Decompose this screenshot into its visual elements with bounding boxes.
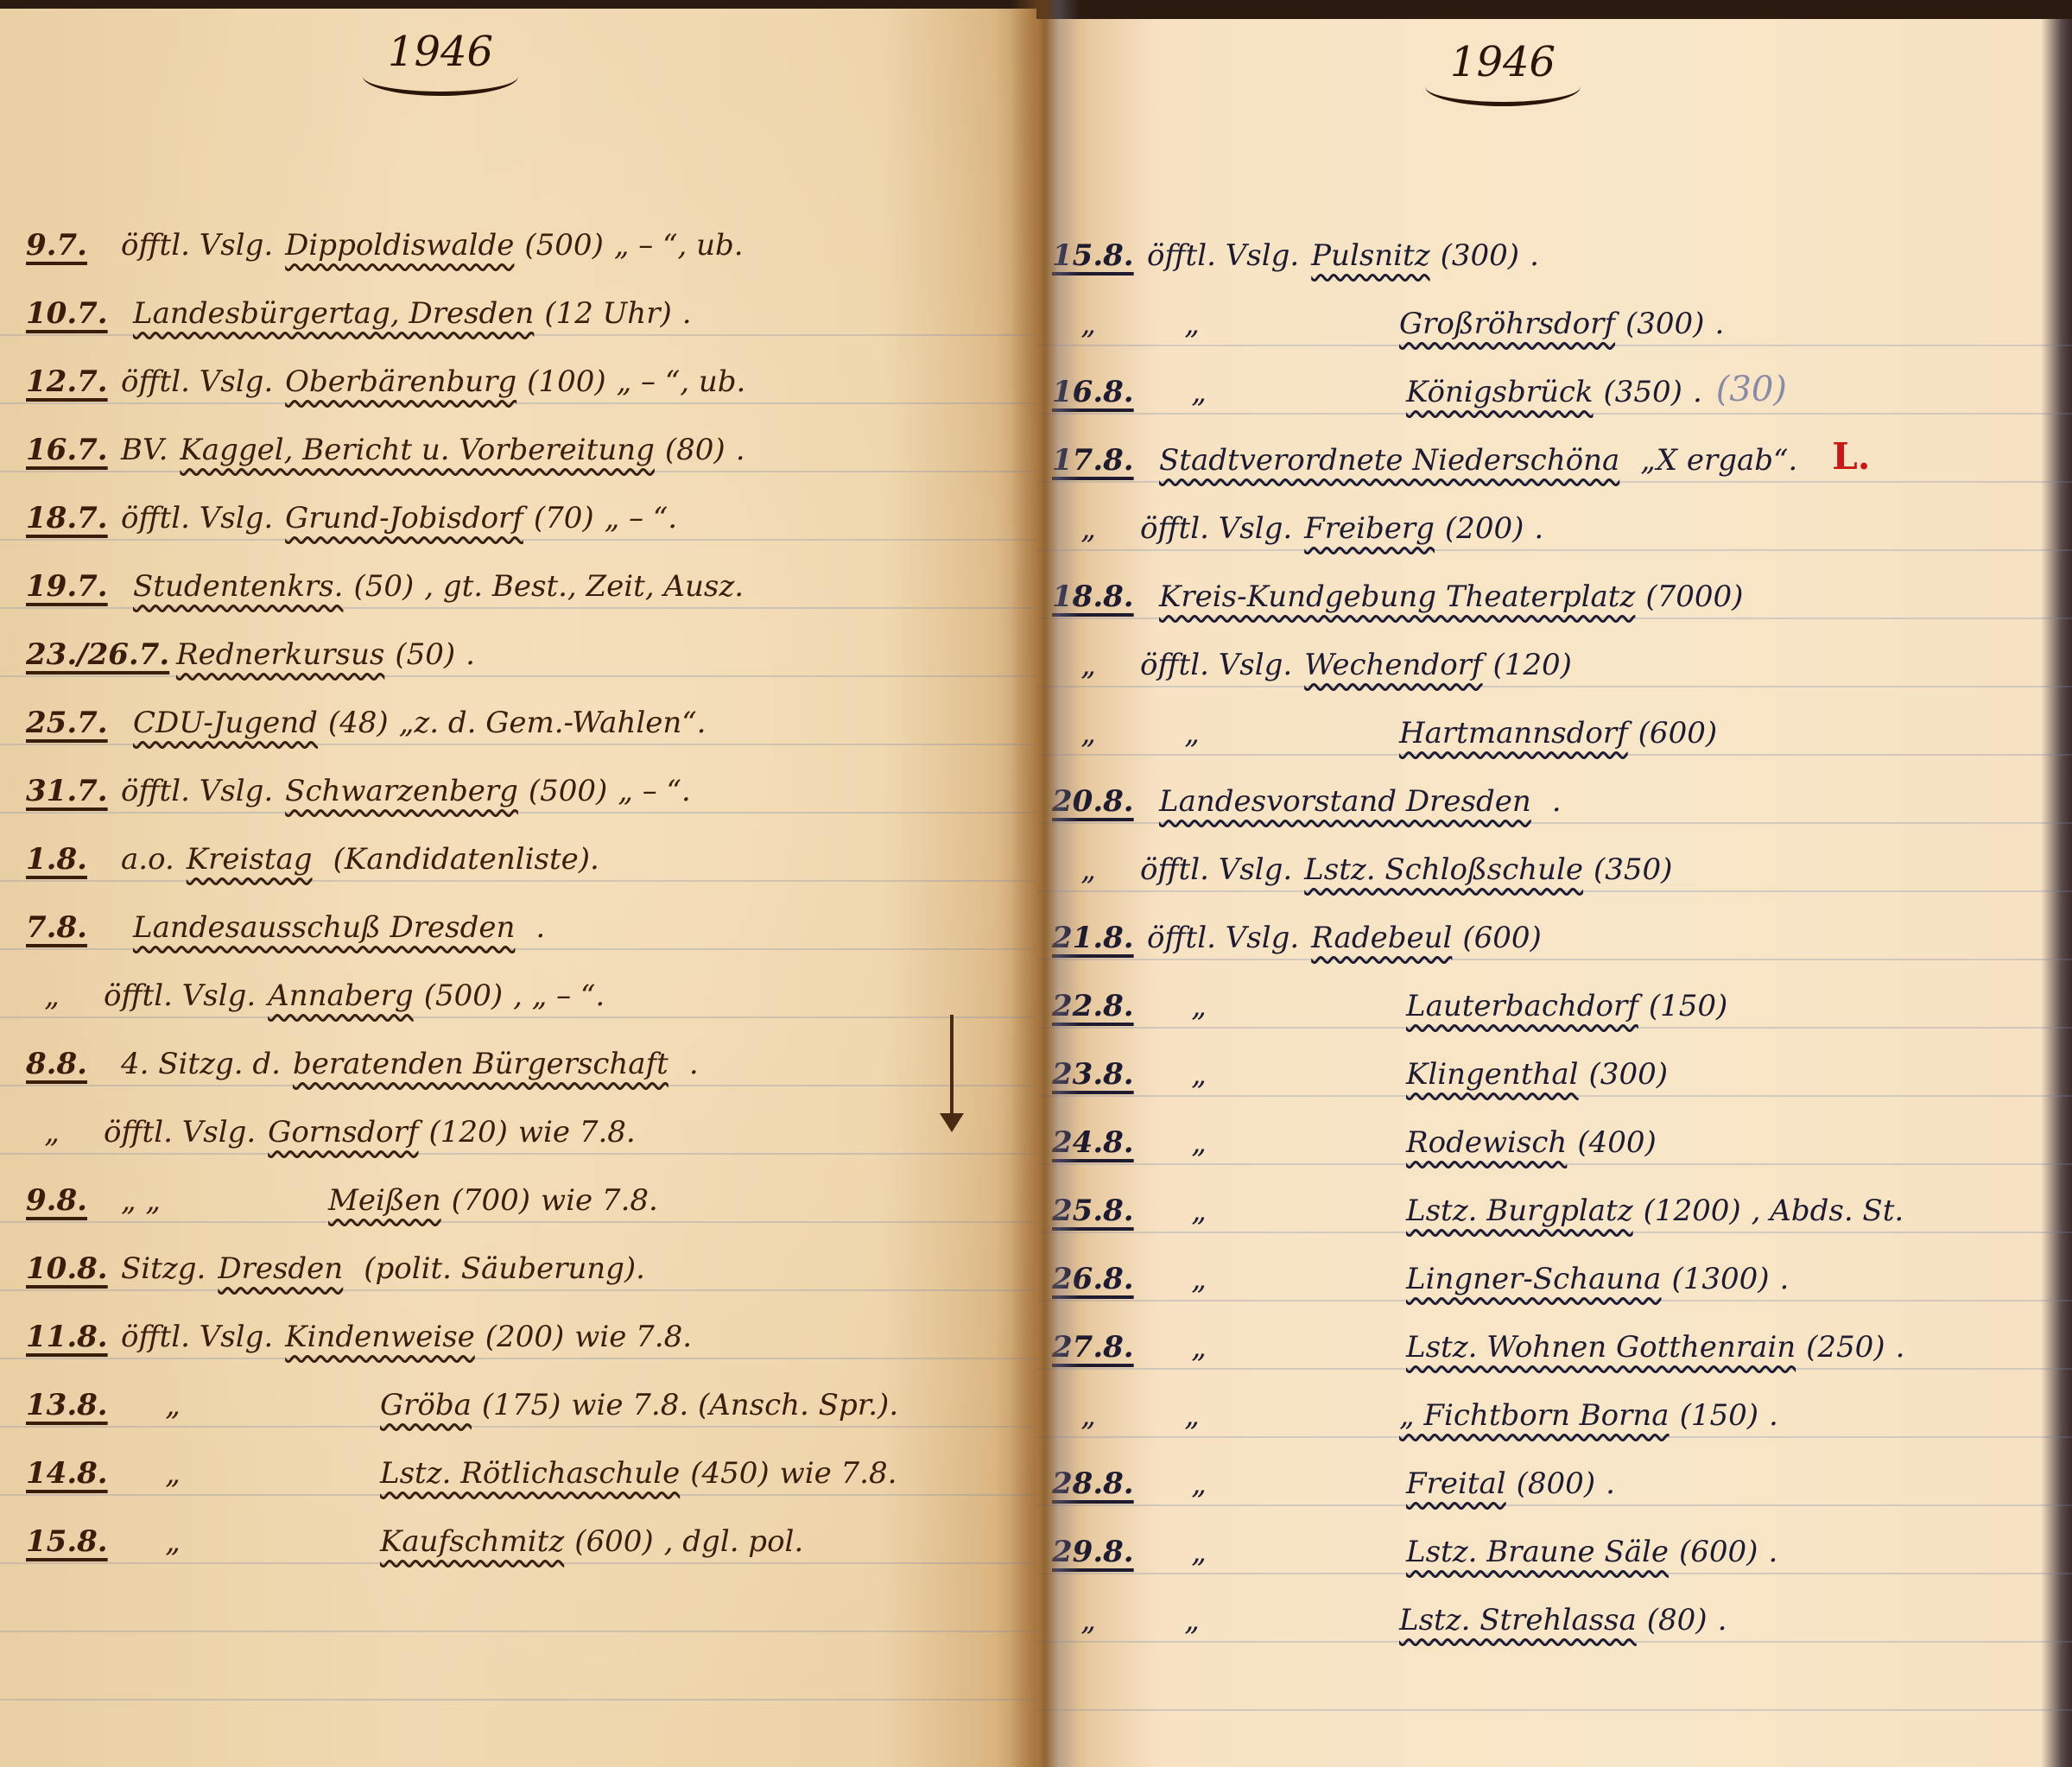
log-entry: 16.8. „ Königsbrück (350) . (30) [1036, 352, 2072, 421]
entry-kind-ditto: „ [1147, 1196, 1251, 1225]
entry-place: „ Fichtborn Borna [1399, 1401, 1670, 1430]
entry-place: Dippoldiswalde [285, 231, 514, 260]
entry-kind: öfftl. Vslg. [1140, 514, 1292, 543]
entry-attendance: (100) [527, 367, 605, 396]
entry-place: Meißen [328, 1186, 441, 1215]
entry-date: 16.8. [1052, 377, 1147, 407]
entry-attendance: (600) [1638, 719, 1717, 748]
entry-attendance: (600) [1679, 1537, 1758, 1567]
entry-note: . [1606, 1469, 1615, 1498]
log-entry: 23.8. „ Klingenthal (300) [1036, 1035, 2072, 1103]
entry-note: wie 7.8. [541, 1186, 658, 1215]
entry-attendance: (500) [524, 231, 603, 260]
entry-date: 17.8. [1052, 446, 1147, 475]
entry-kind: öfftl. Vslg. [121, 776, 273, 806]
entry-place: Radebeul [1311, 923, 1452, 953]
entry-attendance: (1200) [1644, 1196, 1741, 1225]
log-entry: 23./26.7. Rednerkursus (50) . [0, 615, 1036, 683]
entry-place: Königsbrück [1406, 377, 1594, 407]
entry-note: . [689, 1049, 699, 1079]
entry-kind: BV. [121, 435, 168, 465]
log-entry: 22.8. „ Lauterbachdorf (150) [1036, 966, 2072, 1035]
entry-date: 23.8. [1052, 1060, 1147, 1089]
down-arrow-icon [950, 1015, 954, 1127]
entry-list: 15.8. öfftl. Vslg. Pulsnitz (300) . „ „ … [1036, 216, 2072, 1649]
log-entry: 14.8. „ Lstz. Rötlichaschule (450) wie 7… [0, 1434, 1036, 1502]
entry-date: 10.7. [26, 299, 121, 328]
entry-place: Freital [1406, 1469, 1506, 1498]
log-entry: 31.7. öfftl. Vslg. Schwarzenberg (500) „… [0, 751, 1036, 820]
entry-attendance: (450) [690, 1459, 769, 1488]
entry-place: Landesausschuß Dresden [133, 913, 515, 942]
entry-date: 15.8. [26, 1527, 121, 1556]
entry-date: 9.8. [26, 1186, 121, 1215]
entry-place: Kreistag [187, 845, 313, 874]
entry-place: beratenden Bürgerschaft [293, 1049, 668, 1079]
entry-note: . [1693, 377, 1702, 407]
entry-date: 19.7. [26, 572, 121, 601]
log-entry: 28.8. „ Freital (800) . [1036, 1444, 2072, 1512]
pencil-annotation: (30) [1716, 372, 1787, 407]
entry-place: Lstz. Wohnen Gotthenrain [1406, 1333, 1796, 1362]
left-page: 1946 9.7. öfftl. Vslg. Dippoldiswalde (5… [0, 0, 1036, 1767]
log-entry: „ öfftl. Vslg. Lstz. Schloßschule (350) [1036, 830, 2072, 898]
entry-attendance: (80) [1647, 1605, 1708, 1635]
entry-kind-ditto: „ [1140, 309, 1244, 339]
entry-kind-ditto: „ [1147, 1333, 1251, 1362]
entry-kind-ditto: „ [121, 1459, 225, 1488]
entry-kind: „ „ [121, 1186, 161, 1215]
red-ink-mark: L. [1832, 439, 1870, 475]
entry-note: . [1714, 309, 1724, 339]
entry-date: 21.8. [1052, 923, 1147, 953]
entry-attendance: (50) [395, 640, 455, 669]
entry-date: 25.8. [1052, 1196, 1147, 1225]
entry-place: Hartmannsdorf [1399, 719, 1628, 748]
entry-note: wie 7.8. [574, 1322, 692, 1352]
log-entry: „ öfftl. Vslg. Annaberg (500) , „ – “. [0, 956, 1036, 1024]
entry-note: , dgl. pol. [664, 1527, 804, 1556]
entry-place: Lstz. Braune Säle [1406, 1537, 1669, 1567]
entry-date: 13.8. [26, 1390, 121, 1420]
log-entry: 21.8. öfftl. Vslg. Radebeul (600) [1036, 898, 2072, 966]
entry-kind: a.o. [121, 845, 174, 874]
log-entry: 24.8. „ Rodewisch (400) [1036, 1103, 2072, 1171]
log-entry: 10.8. Sitzg. Dresden (polit. Säuberung). [0, 1229, 1036, 1297]
entry-place: Landesbürgertag, Dresden [133, 299, 534, 328]
log-entry: 11.8. öfftl. Vslg. Kindenweise (200) wie… [0, 1297, 1036, 1365]
entry-note: . [466, 640, 475, 669]
entry-date: 27.8. [1052, 1333, 1147, 1362]
entry-note: . [1552, 787, 1562, 816]
entry-kind: 4. Sitzg. d. [121, 1049, 281, 1079]
entry-place: Schwarzenberg [285, 776, 518, 806]
entry-place: Wechendorf [1304, 650, 1482, 680]
entry-place: Landesvorstand Dresden [1159, 787, 1531, 816]
entry-kind-ditto: „ [1147, 1060, 1251, 1089]
log-entry: 25.8. „ Lstz. Burgplatz (1200) , Abds. S… [1036, 1171, 2072, 1239]
entry-date: 18.8. [1052, 582, 1147, 611]
entry-date-ditto: „ [0, 1118, 104, 1147]
log-entry: 26.8. „ Lingner-Schauna (1300) . [1036, 1239, 2072, 1308]
log-entry: 9.8. „ „ Meißen (700) wie 7.8. [0, 1161, 1036, 1229]
entry-date: 16.7. [26, 435, 121, 465]
log-entry: 18.8. Kreis-Kundgebung Theaterplatz (700… [1036, 557, 2072, 625]
log-entry: 29.8. „ Lstz. Braune Säle (600) . [1036, 1512, 2072, 1580]
entry-date-ditto: „ [1036, 855, 1140, 884]
entry-date-ditto: „ [1036, 514, 1140, 543]
entry-kind-ditto: „ [1147, 991, 1251, 1021]
log-entry: 12.7. öfftl. Vslg. Oberbärenburg (100) „… [0, 342, 1036, 410]
entry-kind: öfftl. Vslg. [1140, 650, 1292, 680]
entry-date: 29.8. [1052, 1537, 1147, 1567]
entry-place: Rodewisch [1406, 1128, 1567, 1157]
entry-note: „ – “, ub. [617, 367, 746, 396]
page-year-heading: 1946 [345, 28, 535, 76]
entry-place: Dresden [218, 1254, 343, 1283]
entry-date-ditto: „ [1036, 1605, 1140, 1635]
entry-kind: öfftl. Vslg. [121, 1322, 273, 1352]
entry-kind-ditto: „ [1147, 1128, 1251, 1157]
log-entry: 27.8. „ Lstz. Wohnen Gotthenrain (250) . [1036, 1308, 2072, 1376]
entry-note: , „ – “. [513, 981, 605, 1010]
entry-date: 22.8. [1052, 991, 1147, 1021]
entry-kind-ditto: „ [1147, 377, 1251, 407]
entry-attendance: (120) [428, 1118, 507, 1147]
entry-attendance: (700) [452, 1186, 530, 1215]
entry-place: Lstz. Strehlassa [1399, 1605, 1637, 1635]
entry-attendance: (500) [424, 981, 503, 1010]
entry-kind: öfftl. Vslg. [104, 981, 256, 1010]
entry-attendance: (50) [353, 572, 414, 601]
entry-note: , gt. Best., Zeit, Ausz. [424, 572, 744, 601]
entry-date: 8.8. [26, 1049, 121, 1079]
right-page: 1946 15.8. öfftl. Vslg. Pulsnitz (300) .… [1036, 0, 2072, 1767]
entry-place: Großröhrsdorf [1399, 309, 1615, 339]
entry-kind-ditto: „ [121, 1527, 225, 1556]
entry-note: wie 7.8. [780, 1459, 897, 1488]
entry-place: Grund-Jobisdorf [285, 503, 523, 533]
entry-note: . [1768, 1537, 1777, 1567]
log-entry: 20.8. Landesvorstand Dresden . [1036, 762, 2072, 830]
entry-attendance: (48) [328, 708, 389, 738]
log-entry: 7.8. Landesausschuß Dresden . [0, 888, 1036, 956]
entry-attendance: (250) [1806, 1333, 1885, 1362]
entry-attendance: (500) [529, 776, 607, 806]
log-entry: „ öfftl. Vslg. Freiberg (200) . [1036, 489, 2072, 557]
entry-date: 31.7. [26, 776, 121, 806]
entry-place: Gornsdorf [268, 1118, 418, 1147]
entry-date: 9.7. [26, 231, 121, 260]
log-entry: 10.7. Landesbürgertag, Dresden (12 Uhr) … [0, 274, 1036, 342]
log-entry: 17.8. Stadtverordnete Niederschöna „X er… [1036, 421, 2072, 489]
log-entry: „ „ Lstz. Strehlassa (80) . [1036, 1580, 2072, 1649]
page-year-heading: 1946 [1408, 38, 1598, 86]
entry-list: 9.7. öfftl. Vslg. Dippoldiswalde (500) „… [0, 206, 1036, 1570]
entry-note: . [535, 913, 545, 942]
entry-place: Klingenthal [1406, 1060, 1579, 1089]
entry-note: . [736, 435, 745, 465]
entry-kind: öfftl. Vslg. [121, 503, 273, 533]
log-entry: „ öfftl. Vslg. Wechendorf (120) [1036, 625, 2072, 693]
entry-note: . [1769, 1401, 1778, 1430]
log-entry: 15.8. öfftl. Vslg. Pulsnitz (300) . [1036, 216, 2072, 284]
entry-note: . [1534, 514, 1543, 543]
log-entry: 13.8. „ Gröba (175) wie 7.8. (Ansch. Spr… [0, 1365, 1036, 1434]
entry-place: Kreis-Kundgebung Theaterplatz [1159, 582, 1635, 611]
entry-place: Annaberg [268, 981, 414, 1010]
entry-place: Stadtverordnete Niederschöna [1159, 446, 1619, 475]
log-entry: 15.8. „ Kaufschmitz (600) , dgl. pol. [0, 1502, 1036, 1570]
entry-date: 11.8. [26, 1322, 121, 1352]
entry-date: 7.8. [26, 913, 121, 942]
entry-place: Kaufschmitz [380, 1527, 564, 1556]
entry-kind: öfftl. Vslg. [121, 231, 273, 260]
entry-note: „ – “. [605, 503, 677, 533]
entry-kind-ditto: „ [1147, 1469, 1251, 1498]
entry-date: 26.8. [1052, 1264, 1147, 1294]
entry-place: Kindenweise [285, 1322, 475, 1352]
entry-attendance: (175) [482, 1390, 561, 1420]
entry-note: . [1530, 241, 1539, 270]
log-entry: 18.7. öfftl. Vslg. Grund-Jobisdorf (70) … [0, 478, 1036, 547]
log-entry: „ „ „ Fichtborn Borna (150) . [1036, 1376, 2072, 1444]
entry-kind-ditto: „ [1140, 719, 1244, 748]
log-entry: 19.7. Studentenkrs. (50) , gt. Best., Ze… [0, 547, 1036, 615]
entry-attendance: (1300) [1671, 1264, 1769, 1294]
entry-date: 12.7. [26, 367, 121, 396]
entry-note: wie 7.8. (Ansch. Spr.). [571, 1390, 898, 1420]
entry-attendance: (300) [1589, 1060, 1668, 1089]
entry-date: 10.8. [26, 1254, 121, 1283]
log-entry: 1.8. a.o. Kreistag (Kandidatenliste). [0, 820, 1036, 888]
entry-attendance: (200) [1445, 514, 1524, 543]
entry-date: 24.8. [1052, 1128, 1147, 1157]
entry-attendance: (12 Uhr) [544, 299, 671, 328]
entry-date: 25.7. [26, 708, 121, 738]
entry-attendance: (150) [1649, 991, 1727, 1021]
entry-date-ditto: „ [1036, 650, 1140, 680]
entry-place: Rednerkursus [176, 640, 384, 669]
entry-place: Gröba [380, 1390, 472, 1420]
log-entry: 16.7. BV. Kaggel, Bericht u. Vorbereitun… [0, 410, 1036, 478]
entry-kind: öfftl. Vslg. [1140, 855, 1292, 884]
entry-place: Pulsnitz [1311, 241, 1429, 270]
entry-attendance: (120) [1493, 650, 1572, 680]
entry-date: 18.7. [26, 503, 121, 533]
log-entry: „ „ Hartmannsdorf (600) [1036, 693, 2072, 762]
entry-attendance: (800) [1517, 1469, 1595, 1498]
entry-date-ditto: „ [0, 981, 104, 1010]
log-entry: 25.7. CDU-Jugend (48) „z. d. Gem.-Wahlen… [0, 683, 1036, 751]
entry-attendance: (400) [1577, 1128, 1656, 1157]
log-entry: 8.8. 4. Sitzg. d. beratenden Bürgerschaf… [0, 1024, 1036, 1092]
entry-date-ditto: „ [1036, 719, 1140, 748]
log-entry: 9.7. öfftl. Vslg. Dippoldiswalde (500) „… [0, 206, 1036, 274]
entry-place: Kaggel, Bericht u. Vorbereitung [180, 435, 654, 465]
entry-note: , Abds. St. [1752, 1196, 1904, 1225]
entry-date-ditto: „ [1036, 1401, 1140, 1430]
entry-attendance: (600) [1462, 923, 1541, 953]
entry-place: Oberbärenburg [285, 367, 516, 396]
entry-place: Studentenkrs. [133, 572, 343, 601]
entry-note: (polit. Säuberung). [364, 1254, 645, 1283]
entry-date: 20.8. [1052, 787, 1147, 816]
entry-note: (Kandidatenliste). [333, 845, 599, 874]
entry-note: . [1780, 1264, 1790, 1294]
entry-note: „z. d. Gem.-Wahlen“. [399, 708, 707, 738]
entry-note: . [1896, 1333, 1905, 1362]
entry-place: Lstz. Burgplatz [1406, 1196, 1633, 1225]
entry-place: Lstz. Schloßschule [1304, 855, 1583, 884]
entry-kind: öfftl. Vslg. [1147, 923, 1299, 953]
entry-place: CDU-Jugend [133, 708, 318, 738]
entry-attendance: (80) [665, 435, 726, 465]
entry-note: „ – “. [618, 776, 690, 806]
entry-attendance: (300) [1625, 309, 1704, 339]
entry-attendance: (7000) [1645, 582, 1743, 611]
entry-place: Freiberg [1304, 514, 1435, 543]
entry-kind-ditto: „ [1147, 1537, 1251, 1567]
entry-place: Lstz. Rötlichaschule [380, 1459, 680, 1488]
entry-kind: öfftl. Vslg. [121, 367, 273, 396]
entry-note: „X ergab“. [1640, 446, 1797, 475]
entry-date-ditto: „ [1036, 309, 1140, 339]
entry-date: 1.8. [26, 845, 121, 874]
entry-attendance: (350) [1604, 377, 1682, 407]
entry-attendance: (70) [534, 503, 594, 533]
entry-attendance: (300) [1441, 241, 1519, 270]
entry-place: Lauterbachdorf [1406, 991, 1638, 1021]
entry-attendance: (150) [1680, 1401, 1758, 1430]
entry-kind: öfftl. Vslg. [1147, 241, 1299, 270]
entry-date: 14.8. [26, 1459, 121, 1488]
entry-note: wie 7.8. [518, 1118, 636, 1147]
entry-date: 28.8. [1052, 1469, 1147, 1498]
log-entry: „ „ Großröhrsdorf (300) . [1036, 284, 2072, 352]
entry-kind-ditto: „ [121, 1390, 225, 1420]
entry-attendance: (350) [1594, 855, 1672, 884]
entry-attendance: (200) [485, 1322, 564, 1352]
entry-kind: öfftl. Vslg. [104, 1118, 256, 1147]
entry-attendance: (600) [574, 1527, 653, 1556]
entry-note: . [682, 299, 692, 328]
entry-kind-ditto: „ [1147, 1264, 1251, 1294]
entry-date: 23./26.7. [26, 640, 164, 669]
entry-kind: Sitzg. [121, 1254, 206, 1283]
entry-note: . [1718, 1605, 1727, 1635]
entry-kind-ditto: „ [1140, 1401, 1244, 1430]
entry-kind-ditto: „ [1140, 1605, 1244, 1635]
entry-note: „ – “, ub. [614, 231, 744, 260]
entry-date: 15.8. [1052, 241, 1147, 270]
log-entry: „ öfftl. Vslg. Gornsdorf (120) wie 7.8. [0, 1092, 1036, 1161]
entry-place: Lingner-Schauna [1406, 1264, 1661, 1294]
notebook-spread: 1946 9.7. öfftl. Vslg. Dippoldiswalde (5… [0, 0, 2072, 1767]
